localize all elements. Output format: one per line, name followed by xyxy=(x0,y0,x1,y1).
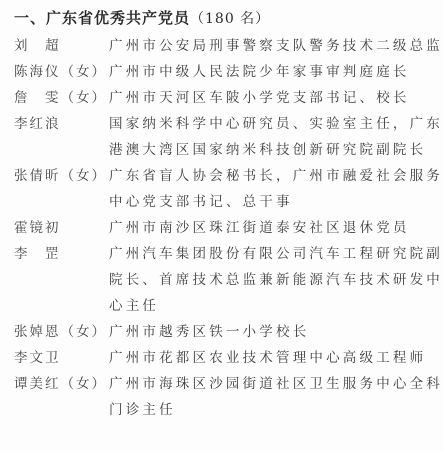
position-line: 心主任 xyxy=(109,293,439,319)
member-position: 国家纳米科学中心研究员、实验室主任，广东粤 港澳大湾区国家纳米科技创新研究院副院… xyxy=(109,111,439,163)
position-line: 广东省盲人协会秘书长，广州市融爱社会服务 xyxy=(109,163,439,189)
member-name: 陈海仪（女） xyxy=(14,59,109,85)
member-position: 广州市天河区车陂小学党支部书记、校长 xyxy=(109,85,439,111)
list-item: 李红浪 国家纳米科学中心研究员、实验室主任，广东粤 港澳大湾区国家纳米科技创新研… xyxy=(14,111,439,163)
member-name: 张婥恩（女） xyxy=(14,319,109,345)
section-count: （180 名） xyxy=(190,11,270,27)
member-position: 广州市中级人民法院少年家事审判庭庭长 xyxy=(109,59,439,85)
list-item: 张倩昕（女） 广东省盲人协会秘书长，广州市融爱社会服务 中心党支部书记、总干事 xyxy=(14,163,439,215)
member-name: 李红浪 xyxy=(14,111,109,137)
document-page: 一、广东省优秀共产党员（180 名） 刘 超 广州市公安局刑事警察支队警务技术二… xyxy=(0,0,443,452)
list-item: 詹 雯（女） 广州市天河区车陂小学党支部书记、校长 xyxy=(14,85,439,111)
list-item: 谭美红（女） 广州市海珠区沙园街道社区卫生服务中心全科 门诊主任 xyxy=(14,371,439,423)
list-item: 李 罡 广州汽车集团股份有限公司汽车工程研究院副 院长、首席技术总监兼新能源汽车… xyxy=(14,241,439,319)
member-name: 霍镜初 xyxy=(14,215,109,241)
member-list: 刘 超 广州市公安局刑事警察支队警务技术二级总监 陈海仪（女） 广州市中级人民法… xyxy=(14,33,439,423)
list-item: 刘 超 广州市公安局刑事警察支队警务技术二级总监 xyxy=(14,33,439,59)
position-line: 广州市天河区车陂小学党支部书记、校长 xyxy=(109,85,439,111)
position-line: 广州市花都区农业技术管理中心高级工程师 xyxy=(109,345,439,371)
position-line: 中心党支部书记、总干事 xyxy=(109,189,439,215)
member-name: 李文卫 xyxy=(14,345,109,371)
member-name: 詹 雯（女） xyxy=(14,85,109,111)
member-position: 广州市海珠区沙园街道社区卫生服务中心全科 门诊主任 xyxy=(109,371,439,423)
member-name: 李 罡 xyxy=(14,241,109,267)
member-position: 广州汽车集团股份有限公司汽车工程研究院副 院长、首席技术总监兼新能源汽车技术研发… xyxy=(109,241,439,319)
member-name: 刘 超 xyxy=(14,33,109,59)
list-item: 霍镜初 广州市南沙区珠江街道泰安社区退休党员 xyxy=(14,215,439,241)
position-line: 广州市中级人民法院少年家事审判庭庭长 xyxy=(109,59,439,85)
list-item: 李文卫 广州市花都区农业技术管理中心高级工程师 xyxy=(14,345,439,371)
member-position: 广东省盲人协会秘书长，广州市融爱社会服务 中心党支部书记、总干事 xyxy=(109,163,439,215)
member-name: 谭美红（女） xyxy=(14,371,109,397)
position-line: 广州市海珠区沙园街道社区卫生服务中心全科 xyxy=(109,371,439,397)
section-title: 一、广东省优秀共产党员（180 名） xyxy=(14,7,270,28)
position-line: 门诊主任 xyxy=(109,397,439,423)
position-line: 广州汽车集团股份有限公司汽车工程研究院副 xyxy=(109,241,439,267)
member-position: 广州市花都区农业技术管理中心高级工程师 xyxy=(109,345,439,371)
position-line: 港澳大湾区国家纳米科技创新研究院副院长 xyxy=(109,137,439,163)
position-line: 国家纳米科学中心研究员、实验室主任，广东粤 xyxy=(109,111,439,137)
section-title-text: 一、广东省优秀共产党员 xyxy=(14,9,190,27)
list-item: 张婥恩（女） 广州市越秀区铁一小学校长 xyxy=(14,319,439,345)
position-line: 广州市公安局刑事警察支队警务技术二级总监 xyxy=(109,33,439,59)
position-line: 广州市南沙区珠江街道泰安社区退休党员 xyxy=(109,215,439,241)
member-position: 广州市越秀区铁一小学校长 xyxy=(109,319,439,345)
position-line: 广州市越秀区铁一小学校长 xyxy=(109,319,439,345)
member-position: 广州市公安局刑事警察支队警务技术二级总监 xyxy=(109,33,439,59)
list-item: 陈海仪（女） 广州市中级人民法院少年家事审判庭庭长 xyxy=(14,59,439,85)
member-position: 广州市南沙区珠江街道泰安社区退休党员 xyxy=(109,215,439,241)
member-name: 张倩昕（女） xyxy=(14,163,109,189)
position-line: 院长、首席技术总监兼新能源汽车技术研发中 xyxy=(109,267,439,293)
